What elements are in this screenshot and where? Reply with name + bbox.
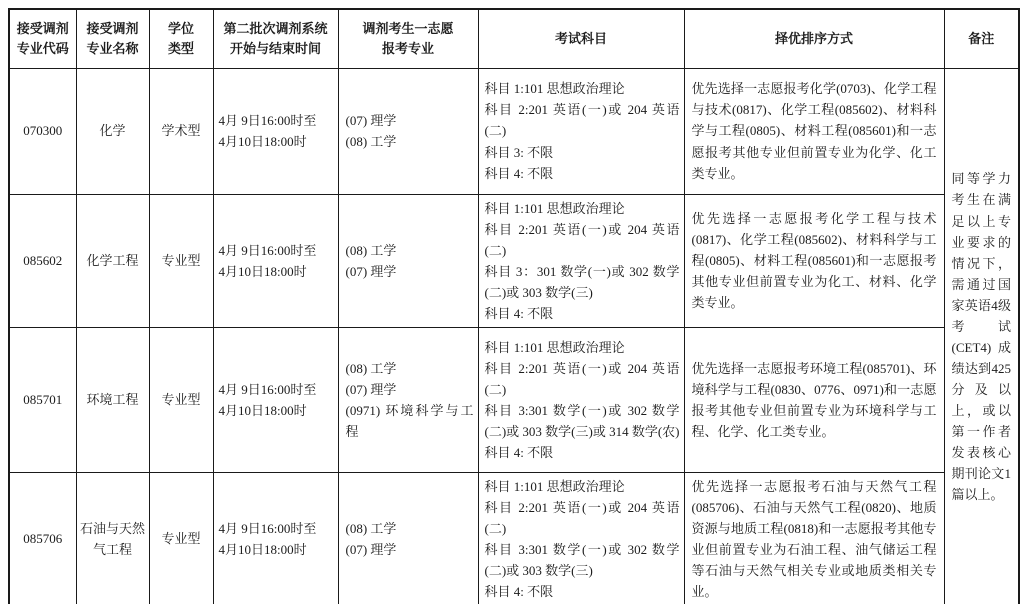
time-window-cell: 4月 9日16:00时至 4月10日18:00时	[213, 472, 338, 604]
exam-subjects-cell: 科目 1:101 思想政治理论 科目 2:201 英语(一)或 204 英语(二…	[478, 68, 684, 194]
exam-subjects-cell: 科目 1:101 思想政治理论 科目 2:201 英语(一)或 204 英语(二…	[478, 472, 684, 604]
ranking-method-cell: 优先选择一志愿报考石油与天然气工程(085706)、石油与天然气工程(0820)…	[684, 472, 944, 604]
degree-type-cell: 专业型	[149, 194, 213, 327]
col-header-system-time: 第二批次调剂系统 开始与结束时间	[213, 9, 338, 68]
table-row: 085602 化学工程 专业型 4月 9日16:00时至 4月10日18:00时…	[9, 194, 1019, 327]
exam-subjects-cell: 科目 1:101 思想政治理论 科目 2:201 英语(一)或 204 英语(二…	[478, 194, 684, 327]
time-window-cell: 4月 9日16:00时至 4月10日18:00时	[213, 68, 338, 194]
table-row: 085706 石油与天然气工程 专业型 4月 9日16:00时至 4月10日18…	[9, 472, 1019, 604]
adjustment-table: 接受调剂 专业代码 接受调剂 专业名称 学位 类型 第二批次调剂系统 开始与结束…	[8, 8, 1020, 604]
table-row: 085701 环境工程 专业型 4月 9日16:00时至 4月10日18:00时…	[9, 327, 1019, 472]
major-code-cell: 085602	[9, 194, 76, 327]
table-row: 070300 化学 学术型 4月 9日16:00时至 4月10日18:00时 (…	[9, 68, 1019, 194]
col-header-accept-name: 接受调剂 专业名称	[76, 9, 149, 68]
major-name-cell: 环境工程	[76, 327, 149, 472]
time-window-cell: 4月 9日16:00时至 4月10日18:00时	[213, 327, 338, 472]
ranking-method-cell: 优先选择一志愿报考环境工程(085701)、环境科学与工程(0830、0776、…	[684, 327, 944, 472]
major-code-cell: 070300	[9, 68, 76, 194]
header-row: 接受调剂 专业代码 接受调剂 专业名称 学位 类型 第二批次调剂系统 开始与结束…	[9, 9, 1019, 68]
col-header-exam-subjects: 考试科目	[478, 9, 684, 68]
exam-subjects-cell: 科目 1:101 思想政治理论 科目 2:201 英语(一)或 204 英语(二…	[478, 327, 684, 472]
major-name-cell: 化学	[76, 68, 149, 194]
col-header-ranking-method: 择优排序方式	[684, 9, 944, 68]
degree-type-cell: 专业型	[149, 472, 213, 604]
major-name-cell: 化学工程	[76, 194, 149, 327]
first-choice-majors-cell: (08) 工学 (07) 理学	[338, 194, 478, 327]
ranking-method-cell: 优先选择一志愿报考化学(0703)、化学工程与技术(0817)、化学工程(085…	[684, 68, 944, 194]
ranking-method-cell: 优先选择一志愿报考化学工程与技术(0817)、化学工程(085602)、材料科学…	[684, 194, 944, 327]
col-header-degree-type: 学位 类型	[149, 9, 213, 68]
first-choice-majors-cell: (08) 工学 (07) 理学 (0971) 环境科学与工程	[338, 327, 478, 472]
degree-type-cell: 学术型	[149, 68, 213, 194]
time-window-cell: 4月 9日16:00时至 4月10日18:00时	[213, 194, 338, 327]
remark-cell: 同等学力考生在满足以上专业要求的情况下，需通过国家英语4级考试(CET4)成绩达…	[944, 68, 1019, 604]
col-header-first-choice: 调剂考生一志愿 报考专业	[338, 9, 478, 68]
first-choice-majors-cell: (08) 工学 (07) 理学	[338, 472, 478, 604]
major-code-cell: 085706	[9, 472, 76, 604]
first-choice-majors-cell: (07) 理学 (08) 工学	[338, 68, 478, 194]
col-header-remark: 备注	[944, 9, 1019, 68]
degree-type-cell: 专业型	[149, 327, 213, 472]
major-code-cell: 085701	[9, 327, 76, 472]
adjustment-table-container: 接受调剂 专业代码 接受调剂 专业名称 学位 类型 第二批次调剂系统 开始与结束…	[8, 8, 1020, 604]
major-name-cell: 石油与天然气工程	[76, 472, 149, 604]
col-header-accept-code: 接受调剂 专业代码	[9, 9, 76, 68]
